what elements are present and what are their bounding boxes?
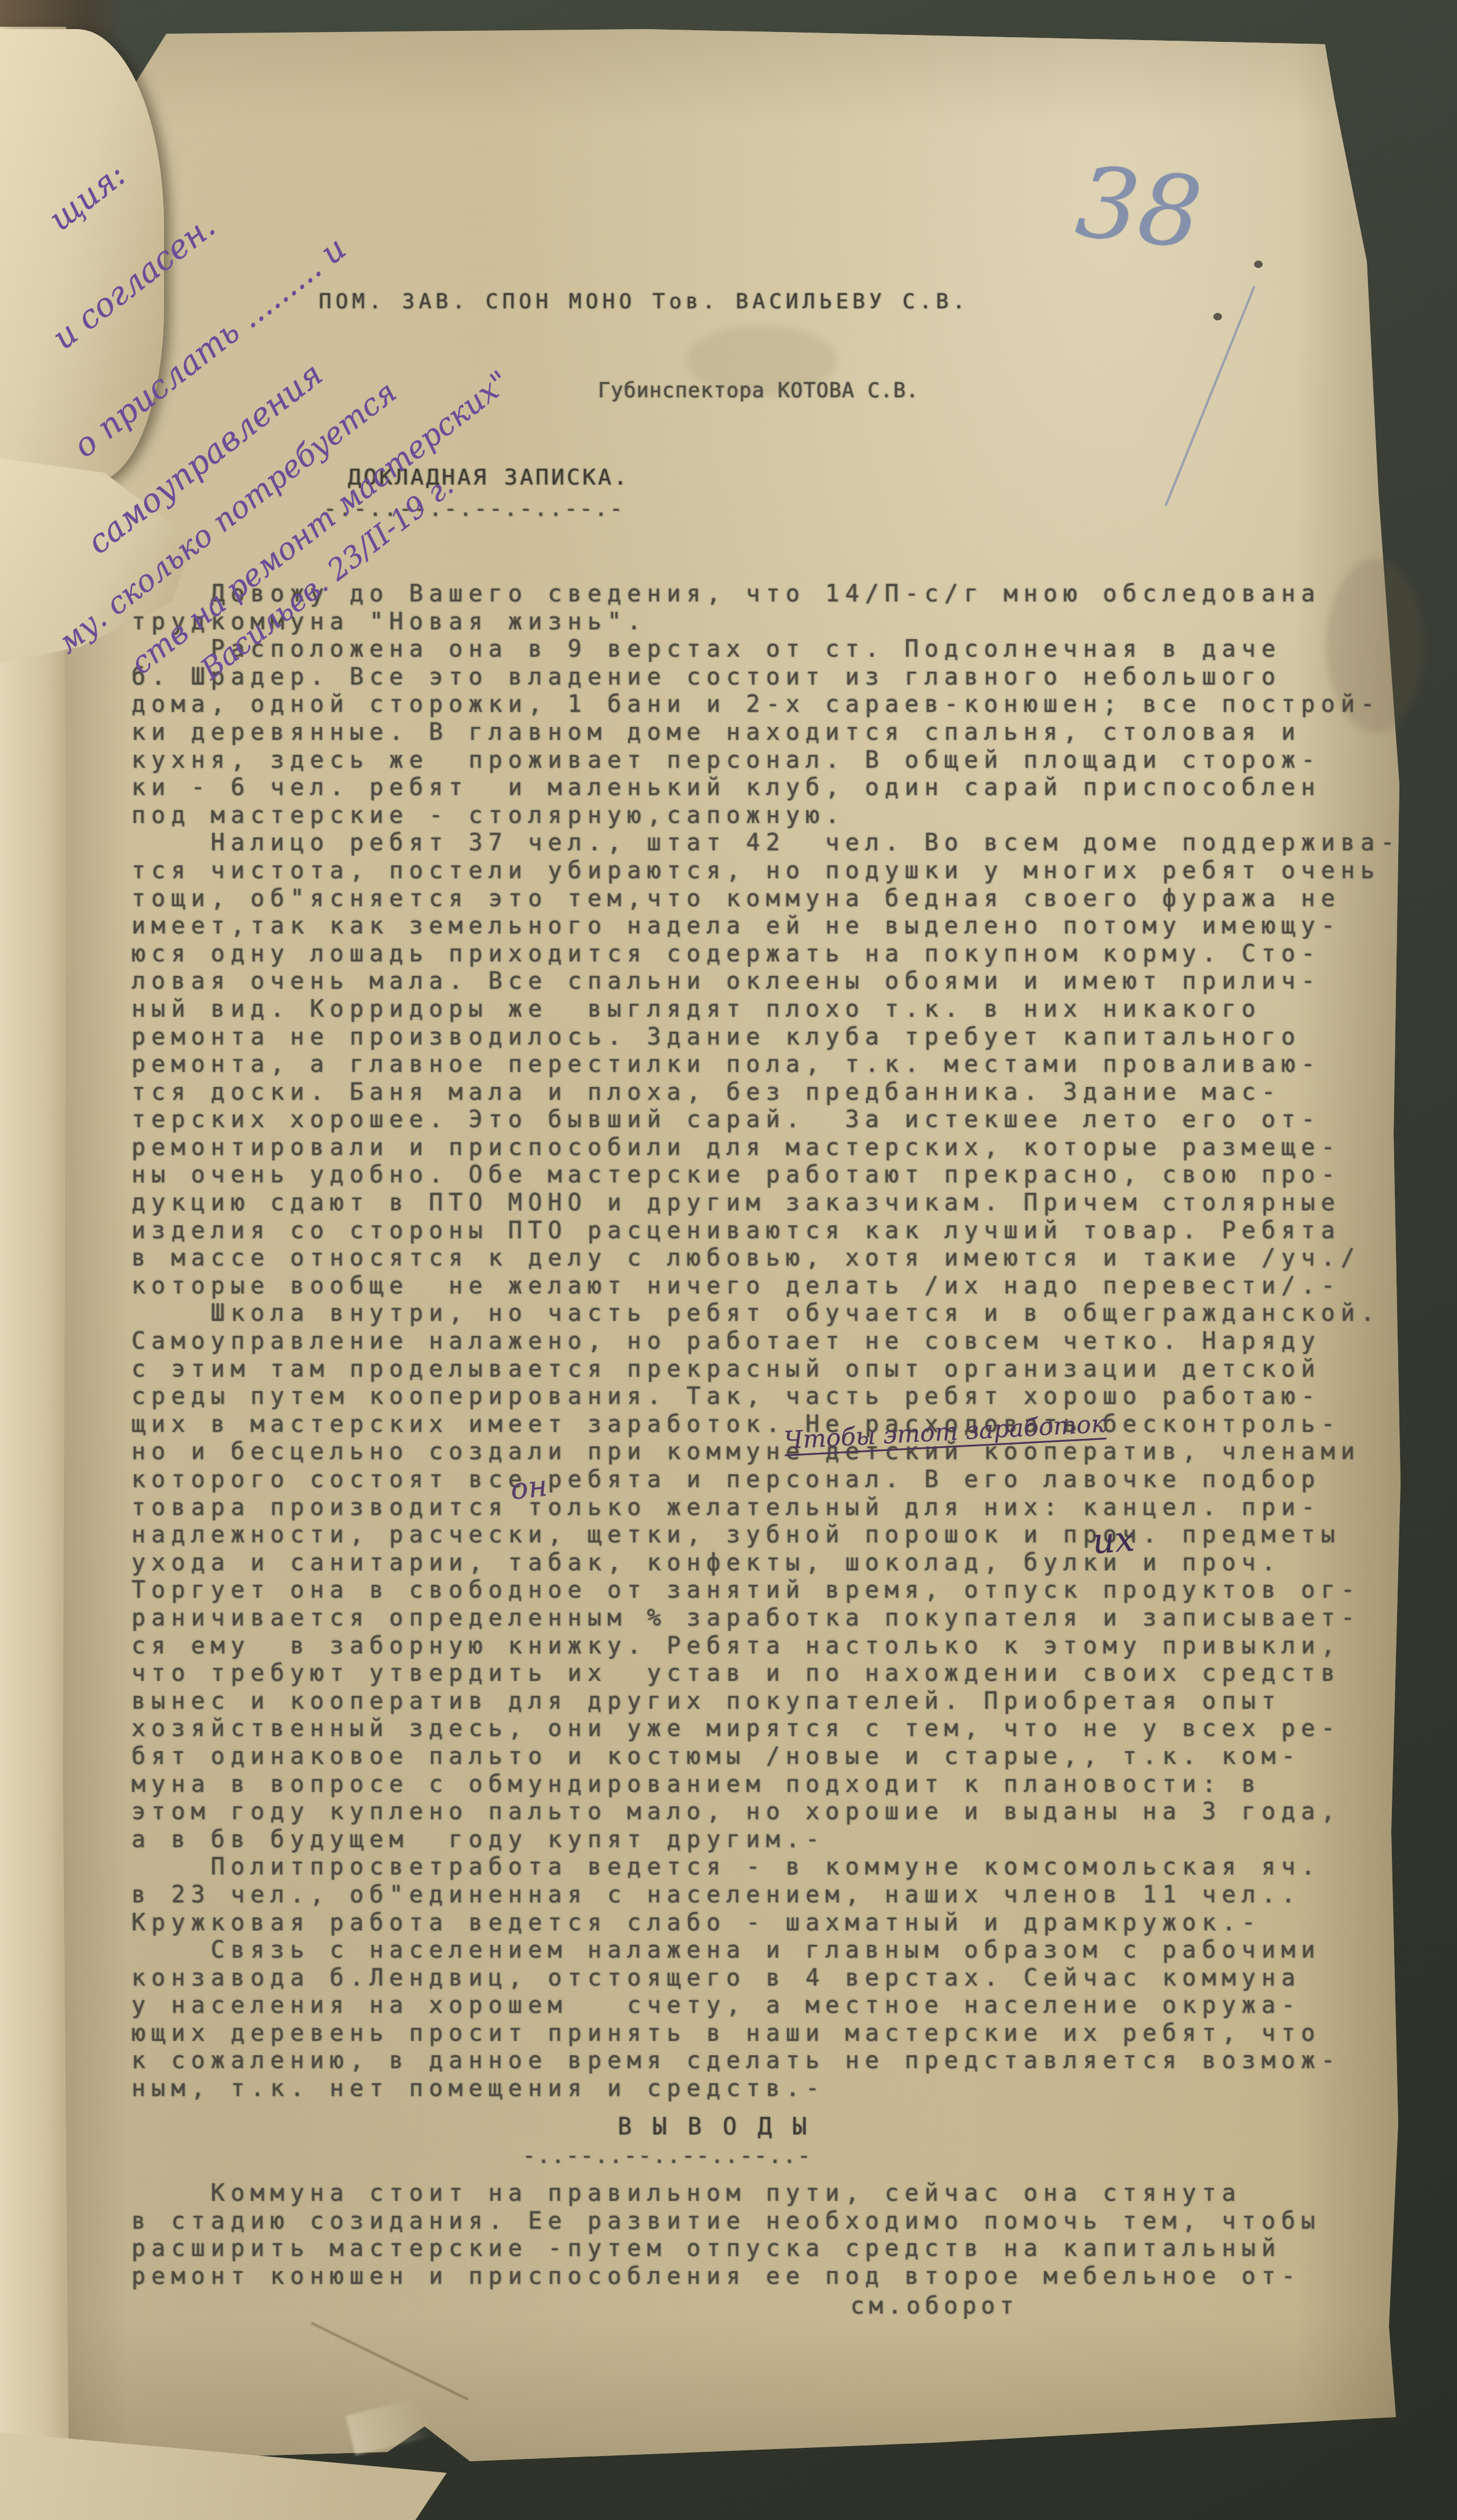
conclusions-text: Коммуна стоит на правильном пути, сейчас… (131, 2180, 1321, 2290)
page-number-pencil: 38 (1071, 145, 1207, 271)
conclusions-underline: -..--..--..--..--..- (522, 2143, 812, 2168)
recipient-line: ПОМ. ЗАВ. СПОН МОНО Тов. ВАСИЛЬЕВУ С.В. (319, 290, 969, 313)
sender-line: Губинспектора КОТОВА С.В. (598, 379, 919, 402)
archive-scan-background: 38 ПОМ. ЗАВ. СПОН МОНО Тов. ВАСИЛЬЕВУ С.… (0, 0, 1457, 2520)
conclusions-heading: В Ы В О Д Ы (618, 2113, 810, 2140)
inline-correction-ih: их (1091, 1519, 1136, 1562)
see-reverse-note: см.оборот (850, 2293, 1018, 2319)
pinhole (1254, 261, 1263, 268)
pinhole (1213, 313, 1222, 320)
inline-correction-on: он (509, 1469, 549, 1506)
report-body-text: Довожу до Вашего сведения, что 14/П-с/г … (131, 580, 1400, 2103)
